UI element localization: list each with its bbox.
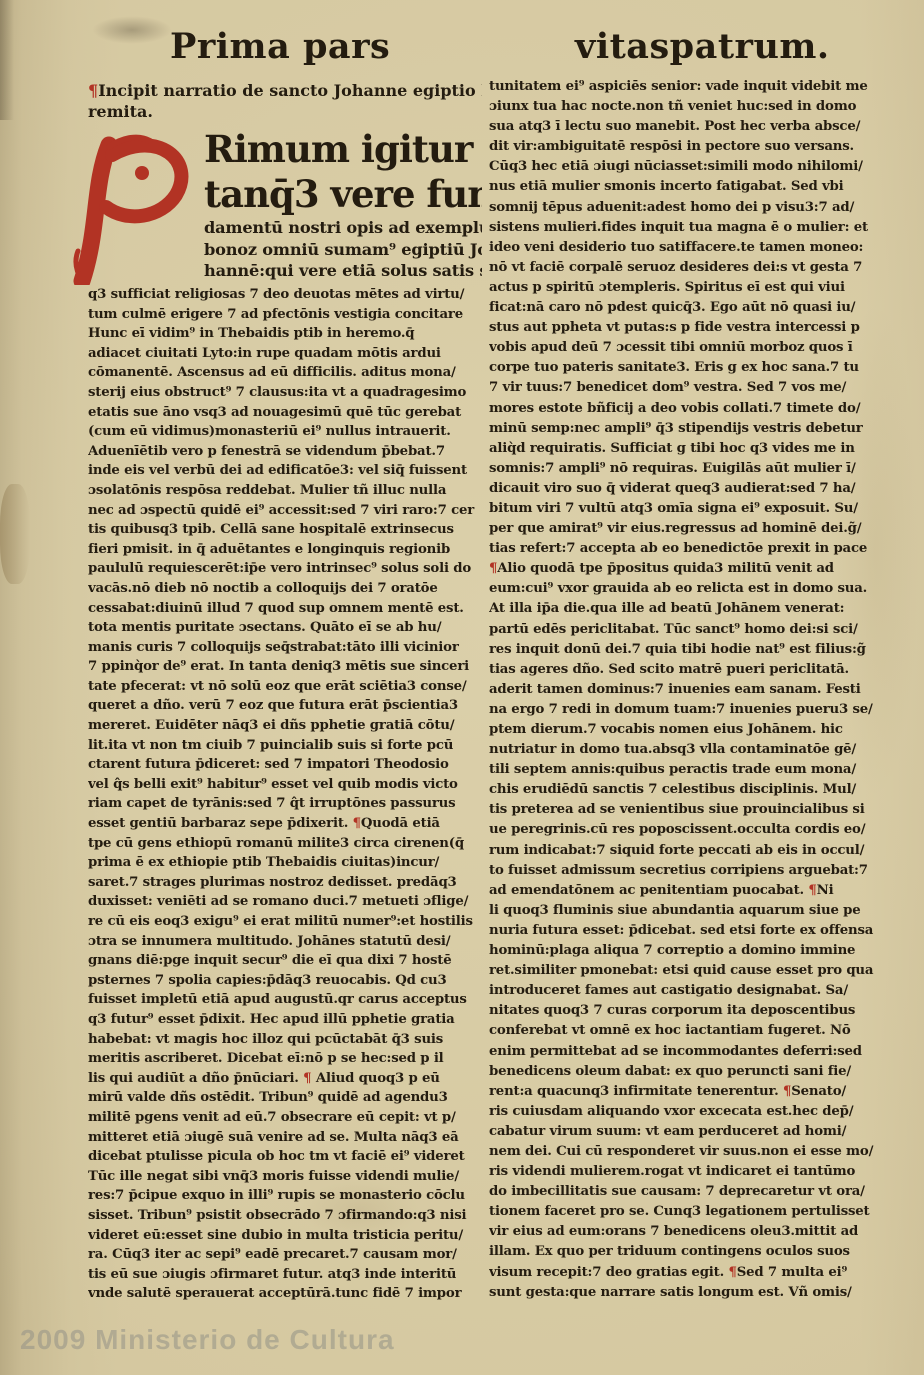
text-line: cōmanentē. Ascensus ad eū difficilis. ad… xyxy=(88,363,482,383)
text-line: introduceret fames aut castigatio design… xyxy=(489,981,913,1001)
left-edge-blotch xyxy=(0,484,30,584)
text-line: tum culmē erigere 7 ad pfectōnis vestigi… xyxy=(88,305,482,325)
text-line: vnde salutē sperauerat acceptūrā.tunc fi… xyxy=(88,1284,482,1304)
text-line: tunitatem ei⁹ aspiciēs senior: vade inqu… xyxy=(489,77,913,97)
scanned-incunabulum-page: { "page": { "header_left": "Prima pars",… xyxy=(0,0,924,1375)
text-line: etatis sue āno vsq3 ad nouagesimū quē tū… xyxy=(88,403,482,423)
text-line: nuria futura esset: p̄dicebat. sed etsi … xyxy=(489,921,913,941)
text-line: (cum eū vidimus)monasteriū ei⁹ nullus in… xyxy=(88,422,482,442)
text-line: meritis ascriberet. Dicebat eī:nō p se h… xyxy=(88,1049,482,1069)
text-line: sistens mulieri.fides inquit tua magna ē… xyxy=(489,218,913,238)
text-line: habebat: vt magis hoc illoz qui pcūctabā… xyxy=(88,1030,482,1050)
text-line: nutriatur in domo tua.absq3 vlla contami… xyxy=(489,740,913,760)
text-line: ¶Incipit narratio de sancto Johanne egip… xyxy=(88,80,482,101)
text-line: ra. Cūq3 iter ac sepi⁹ eadē precaret.7 c… xyxy=(88,1245,482,1265)
text-line: conferebat vt omnē ex hoc iactantiam fug… xyxy=(489,1021,913,1041)
text-line: At illa ip̄a die.qua ille ad beatū Johān… xyxy=(489,599,913,619)
text-line: nitates quoq3 7 curas corporum ita depos… xyxy=(489,1001,913,1021)
text-line: tis quibusq3 tpib. Cellā sane hospitalē … xyxy=(88,520,482,540)
text-line: saret.7 strages plurimas nostroz dedisse… xyxy=(88,873,482,893)
text-line: ficat:nā caro nō pdest quicq̄3. Ego aūt … xyxy=(489,298,913,318)
text-line: bitum viri 7 vultū atq3 omīa signa ei⁹ e… xyxy=(489,499,913,519)
lombard-initial-icon xyxy=(62,133,204,285)
text-line: tias ageres dño. Sed scito matrē pueri p… xyxy=(489,660,913,680)
text-line: visum recepit:7 deo gratias egit. ¶Sed 7… xyxy=(489,1263,913,1283)
text-line: benedicens oleum dabat: ex quo peruncti … xyxy=(489,1062,913,1082)
text-line: minū semp:nec ampli⁹ q̄3 stipendijs vest… xyxy=(489,419,913,439)
text-line: Tūc ille negat sibi vnq̄3 moris fuisse v… xyxy=(88,1167,482,1187)
text-line: sterij eius obstruct⁹ 7 clausus:ita vt a… xyxy=(88,383,482,403)
text-line: sisset. Tribun⁹ psistit obsecrādo 7 ɔfir… xyxy=(88,1206,482,1226)
text-line: tanq̄3 vere fun/ xyxy=(204,172,482,217)
text-line: mereret. Euidēter nāq3 ei dñs pphetie gr… xyxy=(88,716,482,736)
text-line: ɔiunx tua hac nocte.non tñ veniet huc:se… xyxy=(489,97,913,117)
decorated-initial-P xyxy=(62,133,204,285)
text-line: ctarent futura p̄diceret: sed 7 impatori… xyxy=(88,755,482,775)
text-line: actus p spiritū ɔtempleris. Spiritus eī … xyxy=(489,278,913,298)
text-line: mirū valde dñs ostēdit. Tribun⁹ quidē ad… xyxy=(88,1088,482,1108)
text-line: damentū nostri opis ad exemplu3 xyxy=(204,217,482,239)
text-line: somnij tēpus aduenit:adest homo dei p vi… xyxy=(489,198,913,218)
text-line: dicauit viro suo q̄ viderat queq3 audier… xyxy=(489,479,913,499)
text-line: duxisset: veniēti ad se romano duci.7 me… xyxy=(88,892,482,912)
text-line: chis erudiēdū sanctis 7 celestibus disci… xyxy=(489,780,913,800)
left-column-body: q3 sufficiat religiosas 7 deo deuotas mē… xyxy=(88,285,482,1304)
text-line: ɔtra se innumera multitudo. Johānes stat… xyxy=(88,932,482,952)
text-line: q3 sufficiat religiosas 7 deo deuotas mē… xyxy=(88,285,482,305)
text-line: esset gentiū barbaraz sepe p̄dixerit. ¶Q… xyxy=(88,814,482,834)
text-line: ris videndi mulierem.rogat vt indicaret … xyxy=(489,1162,913,1182)
right-text-column: tunitatem ei⁹ aspiciēs senior: vade inqu… xyxy=(489,77,913,1303)
pilcrow-mark: ¶ xyxy=(88,81,98,100)
text-line: manis curis 7 colloquijs seq̄strabat:tāt… xyxy=(88,638,482,658)
right-column-body: tunitatem ei⁹ aspiciēs senior: vade inqu… xyxy=(489,77,913,1303)
text-line: nec ad ɔspectū quidē ei⁹ accessit:sed 7 … xyxy=(88,501,482,521)
text-line: mores estote bñficij a deo vobis collati… xyxy=(489,399,913,419)
running-head-left: Prima pars xyxy=(170,26,390,74)
text-line: rent:a quacunq3 infirmitate tenerentur. … xyxy=(489,1082,913,1102)
text-line: nō vt faciē corpalē seruoz desideres dei… xyxy=(489,258,913,278)
running-head-right: vitaspatrum. xyxy=(575,26,830,74)
text-line: corpe tuo pateris sanitate3. Eris g ex h… xyxy=(489,358,913,378)
text-line: to fuisset admissum secretius corripiens… xyxy=(489,861,913,881)
text-line: fieri pmisit. in q̄ aduētantes e longinq… xyxy=(88,540,482,560)
text-line: tias refert:7 accepta ab eo benedictōe p… xyxy=(489,539,913,559)
text-line: ptem dierum.7 vocabis nomen eius Johānem… xyxy=(489,720,913,740)
text-line: ue peregrinis.cū res poposcissent.occult… xyxy=(489,820,913,840)
text-line: res:7 p̄cipue exquo in illi⁹ rupis se mo… xyxy=(88,1186,482,1206)
text-line: vel q̂s belli exit⁹ habitur⁹ esset vel q… xyxy=(88,775,482,795)
pilcrow-mark: ¶ xyxy=(808,883,816,898)
text-line: militē pgens venit ad eū.7 obsecrare eū … xyxy=(88,1108,482,1128)
text-line: per que amirat⁹ vir eius.regressus ad ho… xyxy=(489,519,913,539)
text-line: dit vir:ambiguitatē respōsi in pectore s… xyxy=(489,137,913,157)
pilcrow-mark: ¶ xyxy=(728,1265,736,1280)
text-line: tis eū sue ɔiugis ɔfirmaret futur. atq3 … xyxy=(88,1265,482,1285)
text-line: Aduenīētib vero p fenestrā se videndum p… xyxy=(88,442,482,462)
pilcrow-mark: ¶ xyxy=(783,1084,791,1099)
text-line: Rimum igitur xyxy=(204,127,482,172)
text-line: res inquit donū dei.7 quia tibi hodie na… xyxy=(489,640,913,660)
text-line: gnans diē:pge inquit secur⁹ die eī qua d… xyxy=(88,951,482,971)
text-line: tis preterea ad se venientibus siue prou… xyxy=(489,800,913,820)
text-line: ad emendatōnem ac penitentiam puocabat. … xyxy=(489,881,913,901)
text-line: q3 futur⁹ esset p̄dixit. Hec apud illū p… xyxy=(88,1010,482,1030)
text-line: queret a dño. verū 7 eoz que futura erāt… xyxy=(88,696,482,716)
text-line: tate pfecerat: vt nō solū eoz que erāt s… xyxy=(88,677,482,697)
text-line: partū edēs periclitabat. Tūc sanct⁹ homo… xyxy=(489,620,913,640)
text-line: paululū requiescerēt:ip̄e vero intrinsec… xyxy=(88,559,482,579)
text-line: Cūq3 hec etiā ɔiugi nūciasset:simili mod… xyxy=(489,157,913,177)
watermark-text: 2009 Ministerio de Cultura xyxy=(20,1324,395,1356)
left-text-column: ¶Incipit narratio de sancto Johanne egip… xyxy=(88,80,482,1304)
text-line: cessabat:diuinū illud 7 quod sup omnem m… xyxy=(88,599,482,619)
text-line: 7 vir tuus:7 benedicet dom⁹ vestra. Sed … xyxy=(489,378,913,398)
text-line: na ergo 7 redi in domum tuam:7 inuenies … xyxy=(489,700,913,720)
text-line: vacās.nō dieb nō noctib a colloquijs dei… xyxy=(88,579,482,599)
text-line: riam capet de tyrānis:sed 7 q̂t irruptōn… xyxy=(88,794,482,814)
text-line: adiacet ciuitati Lyto:in rupe quadam mōt… xyxy=(88,344,482,364)
opening-paragraph: Rimum igiturtanq̄3 vere fun/ damentū nos… xyxy=(88,127,482,285)
text-line: rum indicabat:7 siquid forte peccati ab … xyxy=(489,841,913,861)
text-line: hominū:plaga aliqua 7 correptio a domino… xyxy=(489,941,913,961)
text-line: enim permittebat ad se incommodantes def… xyxy=(489,1042,913,1062)
text-line: tpe cū gens ethiopū romanū milite3 circa… xyxy=(88,834,482,854)
text-line: psternes 7 spolia capies:p̄dāq3 reuocabi… xyxy=(88,971,482,991)
text-line: tionem faceret pro se. Cunq3 legationem … xyxy=(489,1202,913,1222)
text-line: stus aut ppheta vt putas:s p fide vestra… xyxy=(489,318,913,338)
text-line: dicebat ptulisse picula ob hoc tm vt fac… xyxy=(88,1147,482,1167)
text-line: sua atq3 ī lectu suo manebit. Post hec v… xyxy=(489,117,913,137)
text-line: aderit tamen dominus:7 inuenies eam sana… xyxy=(489,680,913,700)
text-line: prima ē ex ethiopie ptib Thebaidis ciuit… xyxy=(88,853,482,873)
text-line: illam. Ex quo per triduum contingens ocu… xyxy=(489,1242,913,1262)
text-line: li quoq3 fluminis siue abundantia aquaru… xyxy=(489,901,913,921)
text-line: vobis apud deū 7 ɔcessit tibi omniū morb… xyxy=(489,338,913,358)
text-line: re cū eis eoq3 exigu⁹ ei erat militū num… xyxy=(88,912,482,932)
incipit-rubric: ¶Incipit narratio de sancto Johanne egip… xyxy=(88,80,482,122)
text-line: tota mentis puritate ɔsectans. Quāto eī … xyxy=(88,618,482,638)
text-line: ris cuiusdam aliquando vxor excecata est… xyxy=(489,1102,913,1122)
text-line: lit.ita vt non tm ciuib 7 puincialib sui… xyxy=(88,736,482,756)
text-line: eum:cui⁹ vxor grauida ab eo relicta est … xyxy=(489,579,913,599)
text-line: aliq̀d requiratis. Sufficiat g tibi hoc … xyxy=(489,439,913,459)
text-line: sunt gesta:que narrare satis longum est.… xyxy=(489,1283,913,1303)
text-line: ideo veni desiderio tuo satiffacere.te t… xyxy=(489,238,913,258)
pilcrow-mark: ¶ xyxy=(353,816,361,831)
text-line: 7 ppinq̀or de⁹ erat. In tanta deniq3 mēt… xyxy=(88,657,482,677)
text-line: ɔsolatōnis respōsa reddebat. Mulier tñ i… xyxy=(88,481,482,501)
text-line: videret eū:esset sine dubio in multa tri… xyxy=(88,1226,482,1246)
text-line: hannē:qui vere etiā solus satis sup xyxy=(204,260,482,282)
text-line: remita. xyxy=(88,101,482,122)
text-line: vir eius ad eum:orans 7 benedicens oleu3… xyxy=(489,1222,913,1242)
text-line: do imbecillitatis sue causam: 7 deprecar… xyxy=(489,1182,913,1202)
text-line: bonoz omniū sumam⁹ egiptiū Jo/ xyxy=(204,239,482,261)
gutter-shadow xyxy=(0,0,14,120)
text-line: lis qui audiūt a dño p̄nūciari. ¶ Aliud … xyxy=(88,1069,482,1089)
text-line: fuisset impletū etiā apud augustū.qr car… xyxy=(88,990,482,1010)
text-line: somnis:7 ampli⁹ nō requiras. Euigilās aū… xyxy=(489,459,913,479)
text-line: tili septem annis:quibus peractis trade … xyxy=(489,760,913,780)
ink-showthrough-smudge xyxy=(92,16,172,44)
text-line: inde eis vel verbū dei ad edificatōe3: v… xyxy=(88,461,482,481)
text-line: nem dei. Cui cū responderet vir suus.non… xyxy=(489,1142,913,1162)
text-line: Hunc eī vidim⁹ in Thebaidis ptib in here… xyxy=(88,324,482,344)
text-line: ret.similiter pmonebat: etsi quid cause … xyxy=(489,961,913,981)
text-line: nus etiā mulier smonis incerto fatigabat… xyxy=(489,177,913,197)
text-line: cabatur virum suum: vt eam perduceret ad… xyxy=(489,1122,913,1142)
text-line: ¶Alio quodā tpe p̄positus quida3 militū … xyxy=(489,559,913,579)
text-line: mitteret etiā ɔiugē suā venire ad se. Mu… xyxy=(88,1128,482,1148)
